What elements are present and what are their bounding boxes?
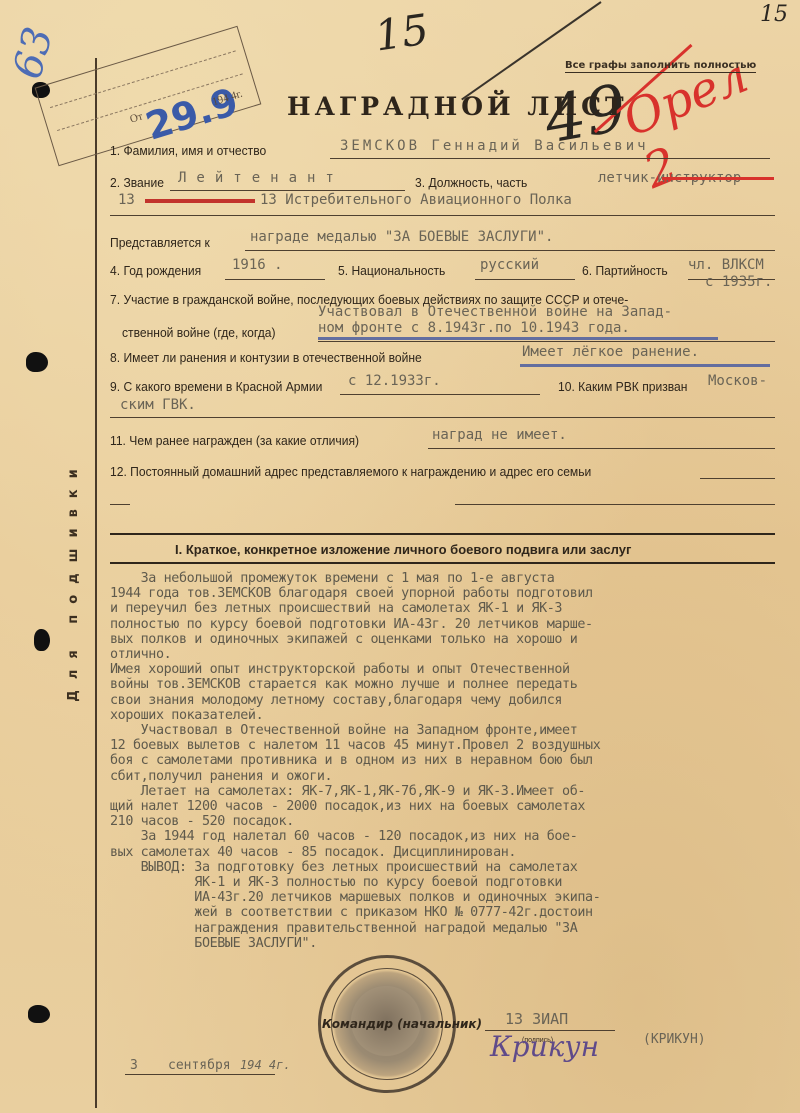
description-line: войны тов.ЗЕМСКОВ старается как можно лу… <box>110 677 800 692</box>
description-line: ИА-43г.20 летчиков маршевых полков и оди… <box>110 890 800 905</box>
field-7-value-line2: ном фронте с 8.1943г.по 10.1943 года. <box>318 320 630 336</box>
document-title: НАГРАДНОЙ ЛИСТ <box>287 92 628 121</box>
blue-pencil-underline <box>318 337 718 340</box>
field-7-label-line2: ственной войне (где, когда) <box>122 325 276 340</box>
field-12-underline <box>110 504 130 505</box>
field-7-underline <box>318 341 775 342</box>
field-6-label: 6. Партийность <box>582 263 668 278</box>
award-underline <box>245 250 775 251</box>
blue-pencil-underline <box>520 364 770 367</box>
field-1-value: ЗЕМСКОВ Геннадий Васильевич <box>340 138 649 154</box>
description-line: ЯК-1 и ЯК-3 полностью по курсу боевой по… <box>110 875 800 890</box>
field-12-underline <box>455 504 775 505</box>
field-3-label: 3. Должность, часть <box>415 175 527 190</box>
description-line: За 1944 год налетал 60 часов - 120 посад… <box>110 829 800 844</box>
field-6-value-line2: с 1935г. <box>705 274 772 290</box>
date-day: 3 <box>130 1058 138 1073</box>
instruction-note: Все графы заполнить полностью <box>565 60 756 73</box>
handwritten-number-top-right: 15 <box>760 2 788 27</box>
section-top-rule <box>110 533 775 535</box>
award-value: награде медалью "ЗА БОЕВЫЕ ЗАСЛУГИ". <box>250 229 553 245</box>
red-strikethrough <box>145 199 255 203</box>
description-line: награждения правительственной наградой м… <box>110 921 800 936</box>
field-6-value: чл. ВЛКСМ <box>688 257 764 273</box>
description-line: Имея хороший опыт инструкторской работы … <box>110 662 800 677</box>
description-line: 210 часов - 520 посадок. <box>110 814 800 829</box>
field-1-underline <box>330 158 770 159</box>
field-10-value: Москов- <box>708 373 767 389</box>
field-5-label: 5. Национальность <box>338 263 445 278</box>
handwritten-number-top-center: 15 <box>372 5 432 61</box>
field-2-label: 2. Звание <box>110 175 164 190</box>
description-line: 12 боевых вылетов с налетом 11 часов 45 … <box>110 738 800 753</box>
margin-label-text: Для подшивки <box>66 430 81 730</box>
award-label: Представляется к <box>110 235 210 250</box>
commander-label: Командир (начальник) <box>322 1017 482 1031</box>
field-10-label: 10. Каким РВК призван <box>558 379 687 394</box>
date-year: 194 4г. <box>240 1058 291 1072</box>
field-8-label: 8. Имеет ли ранения и контузии в отечест… <box>110 350 422 365</box>
field-3-unit-number: 13 <box>118 192 135 208</box>
description-line: вых полков и одиночных экипажей с оценка… <box>110 632 800 647</box>
field-5-value: русский <box>480 257 539 273</box>
field-10-value-line2: ским ГВК. <box>120 397 196 413</box>
field-2-underline <box>170 190 405 191</box>
field-2-value: Лейтенант <box>178 170 344 186</box>
date-underline <box>125 1074 275 1075</box>
field-3-underline <box>110 215 775 216</box>
field-10-underline <box>110 417 775 418</box>
description-line: полностью по курсу боевой подготовки ИА-… <box>110 617 800 632</box>
date-month: сентября <box>168 1058 231 1073</box>
description-line: БОЕВЫЕ ЗАСЛУГИ". <box>110 936 800 951</box>
field-8-value: Имеет лёгкое ранение. <box>522 344 699 360</box>
commander-unit: 13 ЗИАП <box>505 1010 568 1028</box>
field-12-label: 12. Постоянный домашний адрес представля… <box>110 464 591 479</box>
commander-name: (КРИКУН) <box>643 1032 706 1047</box>
field-5-underline <box>475 279 575 280</box>
binding-margin-line <box>95 58 97 1108</box>
description-line: хороших показателей. <box>110 708 800 723</box>
field-1-label: 1. Фамилия, имя и отчество <box>110 143 266 158</box>
commander-signature: Крикун <box>490 1030 599 1063</box>
field-9-value: с 12.1933г. <box>348 373 441 389</box>
field-11-label: 11. Чем ранее награжден (за какие отличи… <box>110 433 359 448</box>
description-line: боя с самолетами противника и в одном из… <box>110 753 800 768</box>
description-line: щий налет 1200 часов - 2000 посадок,из н… <box>110 799 800 814</box>
description-line: ВЫВОД: За подготовку без летных происшес… <box>110 860 800 875</box>
description-line: сбит,получил ранения и ожоги. <box>110 769 800 784</box>
description-line: Участвовал в Отечественной войне на Запа… <box>110 723 800 738</box>
field-4-label: 4. Год рождения <box>110 263 201 278</box>
field-9-label: 9. С какого времени в Красной Армии <box>110 379 322 394</box>
field-4-value: 1916 . <box>232 257 283 273</box>
description-line: жей в соответствии с приказом НКО № 0777… <box>110 905 800 920</box>
description-line: свои знания молодому летному составу,бла… <box>110 693 800 708</box>
description-line: отлично. <box>110 647 800 662</box>
field-4-underline <box>225 279 325 280</box>
section-title: I. Краткое, конкретное изложение личного… <box>175 542 631 557</box>
merit-description: За небольшой промежуток времени с 1 мая … <box>110 571 800 951</box>
field-9-underline <box>340 394 540 395</box>
red-strikethrough <box>662 177 774 180</box>
description-line: вых самолетах 40 часов - 85 посадок. Дис… <box>110 845 800 860</box>
description-line: и переучил без летных происшествий на са… <box>110 601 800 616</box>
field-11-underline <box>428 448 775 449</box>
field-7-value: Участвовал в Отечественной войне на Запа… <box>318 304 672 320</box>
binding-margin-label: Для подшивки <box>60 430 90 730</box>
description-line: За небольшой промежуток времени с 1 мая … <box>110 571 800 586</box>
description-line: Летает на самолетах: ЯК-7,ЯК-1,ЯК-7б,ЯК-… <box>110 784 800 799</box>
field-12-underline <box>700 478 775 479</box>
field-3-value-line2: 13 Истребительного Авиационного Полка <box>260 192 572 208</box>
field-11-value: наград не имеет. <box>432 427 567 443</box>
ink-blot <box>34 629 50 651</box>
description-line: 1944 года тов.ЗЕМСКОВ благодаря своей уп… <box>110 586 800 601</box>
ink-blot <box>26 352 48 372</box>
section-bottom-rule <box>110 562 775 564</box>
ink-blot <box>28 1005 50 1023</box>
